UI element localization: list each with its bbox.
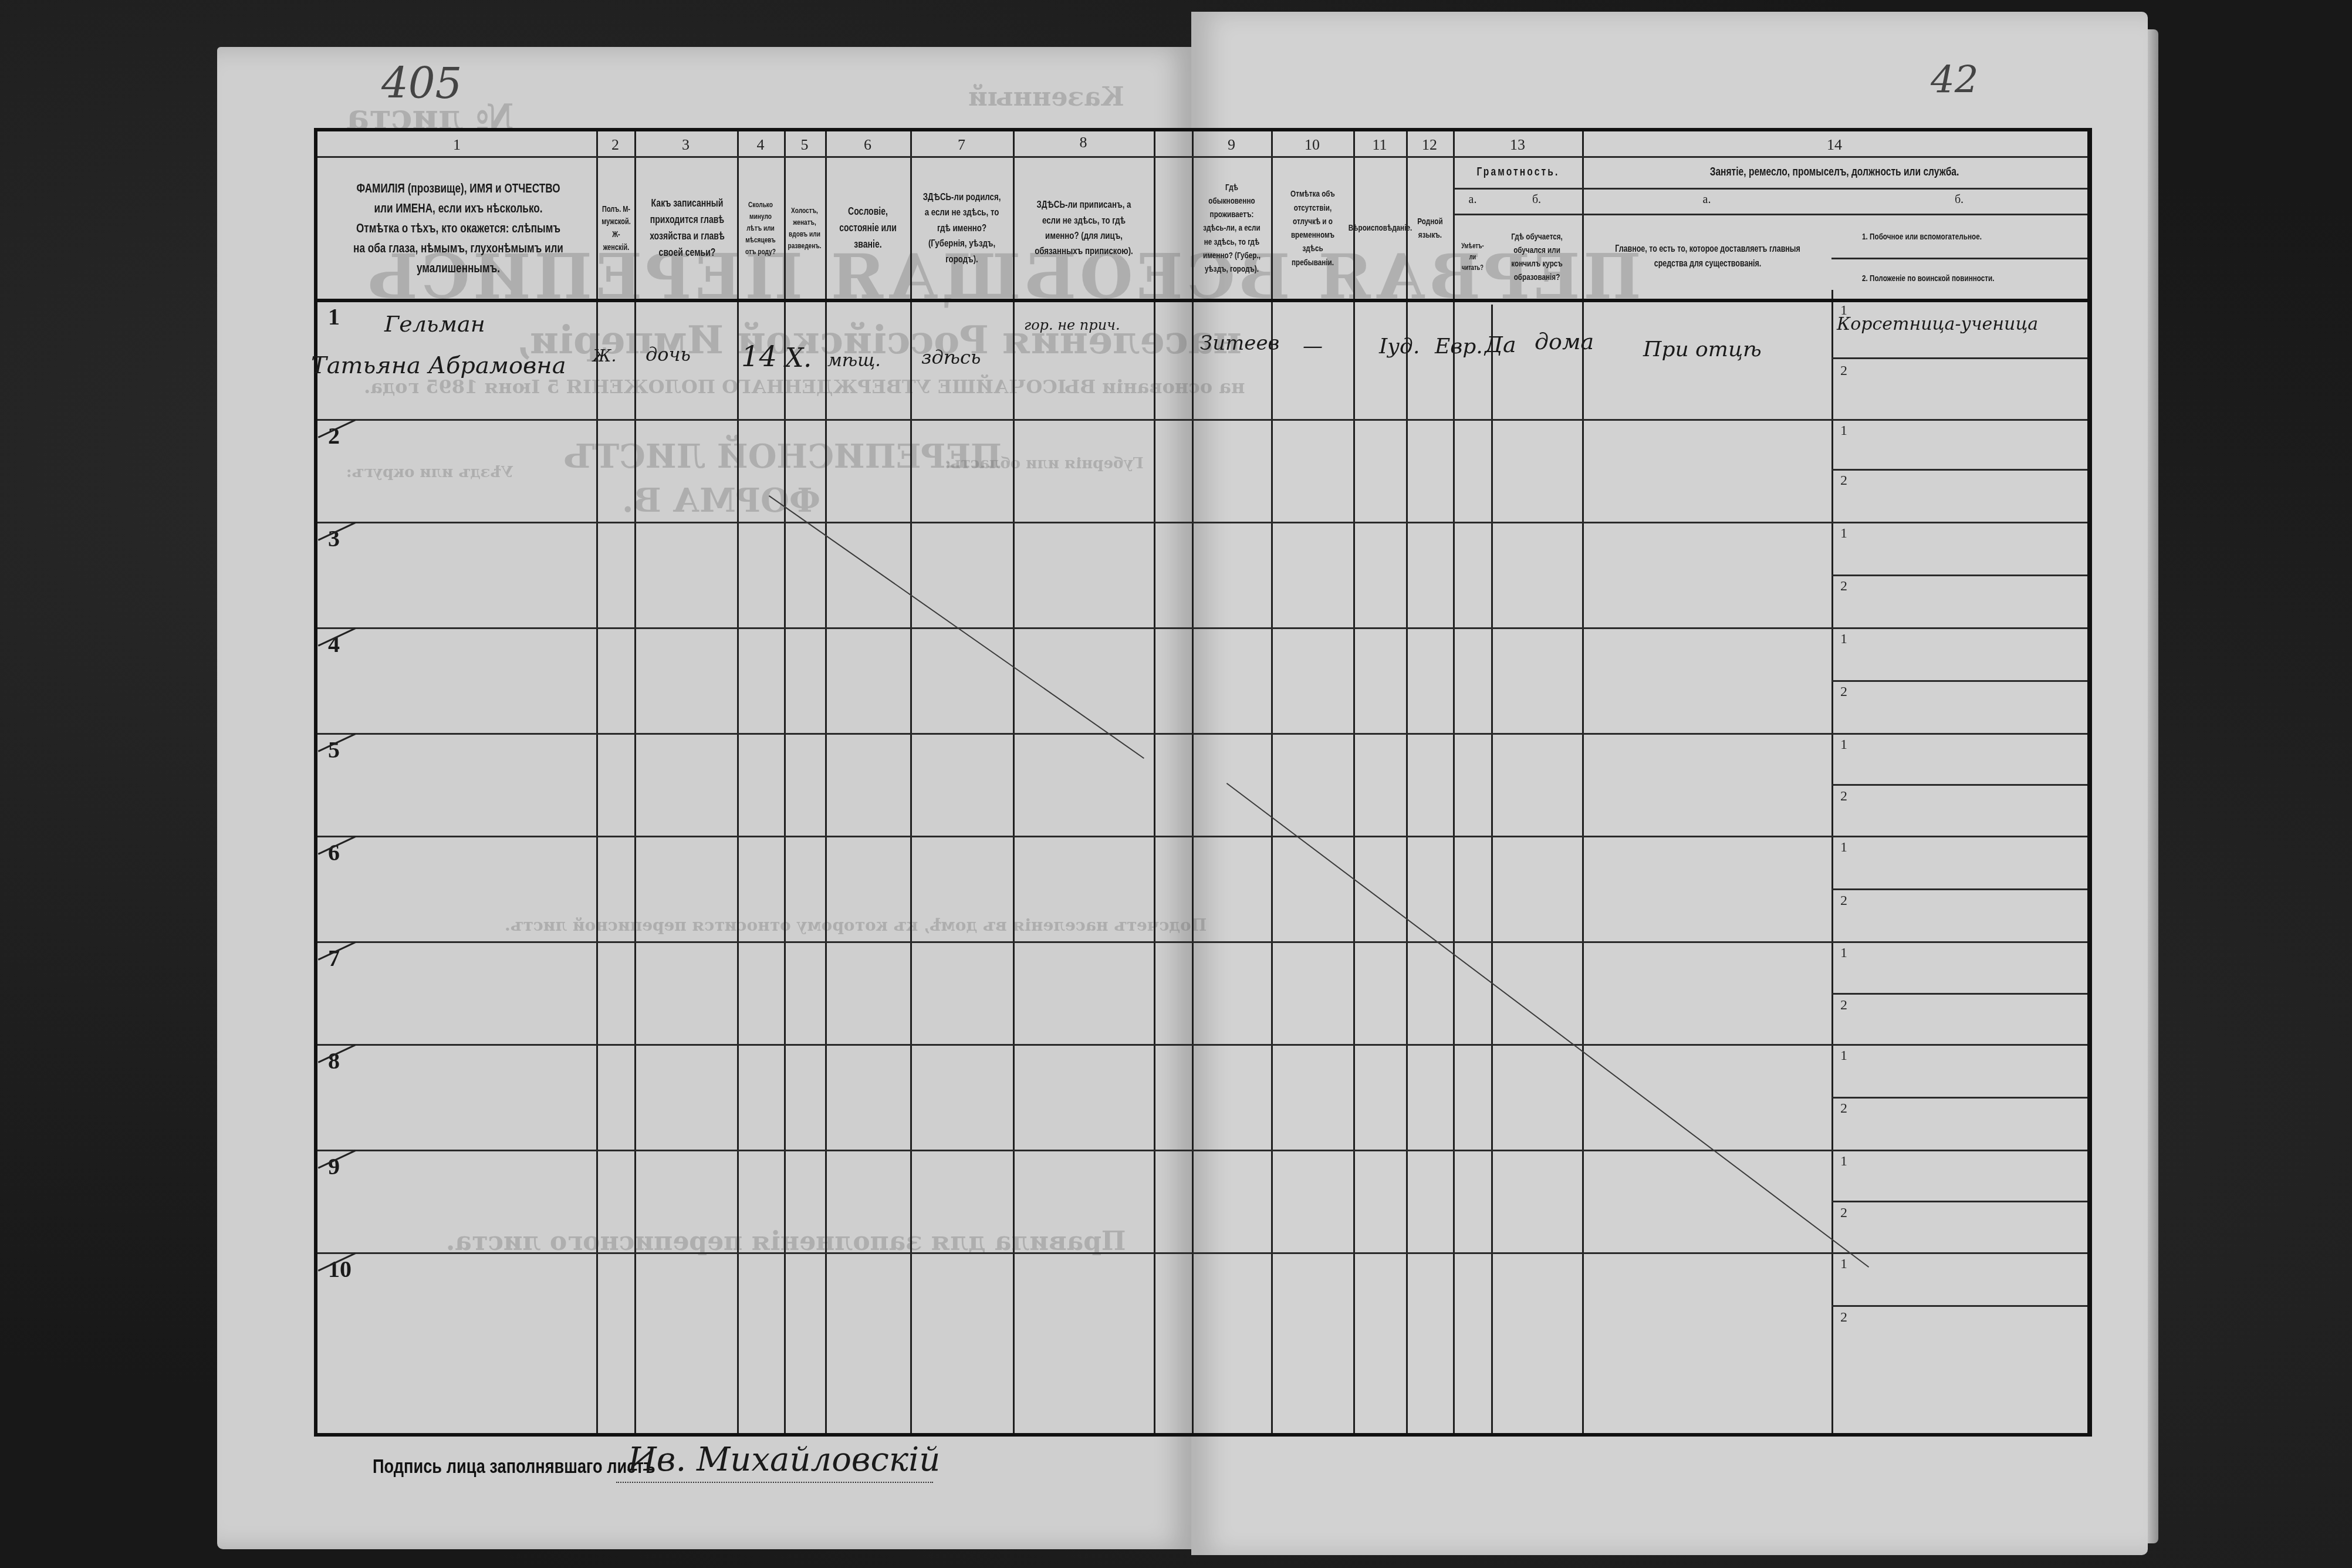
- row-divider: [1454, 188, 1582, 190]
- entry-marital: Х.: [785, 343, 812, 373]
- header-col-1: ФАМИЛІЯ (прозвище), ИМЯ и ОТЧЕСТВО или И…: [353, 161, 564, 296]
- row-divider: [317, 1150, 2087, 1151]
- col-divider: [1453, 131, 1455, 1433]
- col-divider: [634, 131, 636, 1433]
- entry-sex: Ж.: [593, 346, 616, 366]
- row-number-4: 4: [328, 630, 340, 658]
- subrow-divider: [1831, 469, 2087, 471]
- header-col-13b-letter: б.: [1491, 193, 1582, 207]
- subrow-divider: [1831, 1305, 2087, 1307]
- subrow-label: 2: [1840, 1310, 1847, 1326]
- header-col-13a: Умѣетъ-ли читать?: [1458, 217, 1487, 298]
- ghost-kazenny: Казенный: [968, 82, 1124, 112]
- subrow-label: 2: [1840, 893, 1847, 909]
- entry-education: дома: [1535, 329, 1594, 354]
- subrow-label: 2: [1840, 998, 1847, 1013]
- subrow-label: 1: [1840, 945, 1847, 961]
- col-num-13: 13: [1453, 136, 1582, 154]
- row-number-3: 3: [328, 525, 340, 552]
- col-num-9: 9: [1192, 136, 1271, 154]
- row-number-1: 1: [328, 303, 340, 330]
- header-col-14a: Главное, то есть то, которое доставляетъ…: [1612, 217, 1803, 298]
- col-num-3: 3: [634, 136, 737, 154]
- header-col-13-group: Грамотность.: [1468, 157, 1568, 187]
- subrow-label: 2: [1840, 1205, 1847, 1221]
- col-num-11: 11: [1353, 136, 1406, 154]
- row-number-5: 5: [328, 736, 340, 763]
- subrow-label: 2: [1840, 789, 1847, 805]
- subrow-label: 1: [1840, 526, 1847, 542]
- header-col-13a-letter: а.: [1454, 193, 1491, 207]
- header-col-14-group: Занятіе, ремесло, промыселъ, должность и…: [1638, 157, 2032, 187]
- col-divider: [1831, 290, 1833, 1433]
- subrow-divider: [1831, 357, 2087, 359]
- col-divider: [1353, 131, 1355, 1433]
- entry-absence: —: [1303, 334, 1323, 358]
- signature-line: [616, 1482, 933, 1484]
- col-divider: [1013, 131, 1015, 1433]
- row-divider: [317, 627, 2087, 629]
- header-col-8: ЗДѢСЬ-ли приписанъ, а если не здѣсь, то …: [1030, 161, 1138, 296]
- header-col-10: Отмѣтка объ отсутствіи, отлучкѣ и о врем…: [1282, 161, 1344, 296]
- col-divider: [1582, 131, 1584, 1433]
- header-col-4: Сколько минуло лѣтъ или мѣсяцевъ отъ род…: [743, 161, 779, 296]
- subrow-label: 1: [1840, 1256, 1847, 1272]
- header-col-14a-letter: а.: [1582, 193, 1831, 207]
- row-divider: [1582, 214, 2087, 215]
- subrow-divider: [1831, 680, 2087, 682]
- subrow-divider: [1831, 784, 2087, 786]
- entry-birthplace: здѣсь: [921, 346, 981, 369]
- col-divider: [596, 131, 598, 1433]
- row-number-2: 2: [328, 422, 340, 450]
- entry-given-name: Татьяна Абрамовна: [311, 352, 566, 379]
- row-divider: [317, 733, 2087, 735]
- subrow-label: 1: [1840, 423, 1847, 439]
- entry-surname: Гельман: [384, 311, 485, 337]
- header-col-7: ЗДѢСЬ-ли родился, а если не здѣсь, то гд…: [922, 161, 1001, 296]
- left-folio-number: 405: [381, 59, 462, 108]
- entry-literate: Да: [1485, 332, 1516, 357]
- row-number-7: 7: [328, 944, 340, 972]
- col-divider: [910, 131, 912, 1433]
- subrow-label: 2: [1840, 1101, 1847, 1117]
- col-num-10: 10: [1271, 136, 1353, 154]
- row-divider: [317, 1252, 2087, 1254]
- row-divider: [317, 522, 2087, 523]
- header-col-13b: Гдѣ обучается, обучался или кончилъ курс…: [1502, 217, 1572, 298]
- subrow-divider: [1831, 575, 2087, 576]
- col-num-7: 7: [910, 136, 1013, 154]
- header-col-14b-letter: б.: [1831, 193, 2087, 207]
- subrow-label: 1: [1840, 631, 1847, 647]
- right-folio-number: 42: [1931, 59, 1978, 102]
- header-col-2: Полъ. М-мужской. Ж-женскій.: [602, 161, 630, 296]
- entry-occupation-secondary: Корсетница-ученица: [1837, 314, 2038, 334]
- row-divider: [317, 941, 2087, 943]
- header-col-11: Вѣроисповѣданіе.: [1360, 161, 1401, 296]
- subrow-label: 1: [1840, 1048, 1847, 1064]
- subrow-label: 2: [1840, 363, 1847, 379]
- header-col-14b-1: 1. Побочное или вспомогательное.: [1862, 217, 2058, 258]
- col-divider: [1154, 131, 1155, 1433]
- header-divider: [317, 299, 2087, 302]
- subrow-divider: [1831, 1201, 2087, 1202]
- entry-residence: Зитеев: [1200, 332, 1279, 355]
- entry-registered: гор. не прич.: [1024, 317, 1120, 333]
- entry-relation: дочь: [646, 343, 691, 366]
- entry-estate: мѣщ.: [827, 350, 881, 371]
- row-number-8: 8: [328, 1047, 340, 1074]
- subrow-divider: [1831, 1097, 2087, 1099]
- col-num-2: 2: [596, 136, 634, 154]
- header-col-14b-2: 2. Положеніе по воинской повинности.: [1862, 259, 2058, 298]
- cancel-line-right: [1226, 783, 1869, 1268]
- entry-language: Евр.: [1435, 334, 1483, 359]
- row-number-10: 10: [328, 1255, 352, 1283]
- header-col-5: Холостъ, женатъ, вдовъ или разведенъ.: [789, 161, 820, 296]
- signature-label: Подпись лица заполнявшаго листъ: [373, 1455, 655, 1478]
- subrow-divider: [1831, 888, 2087, 890]
- subrow-label: 2: [1840, 579, 1847, 594]
- col-num-8: 8: [1013, 134, 1154, 151]
- subrow-label: 2: [1840, 473, 1847, 489]
- entry-religion: Іуд.: [1379, 334, 1420, 359]
- subrow-divider: [1831, 993, 2087, 995]
- subrow-label: 1: [1840, 840, 1847, 856]
- col-num-4: 4: [737, 136, 784, 154]
- row-number-6: 6: [328, 839, 340, 866]
- col-num-5: 5: [784, 136, 825, 154]
- subrow-label: 1: [1840, 737, 1847, 753]
- col-divider: [1491, 305, 1493, 1433]
- subrow-label: 1: [1840, 1154, 1847, 1170]
- row-number-9: 9: [328, 1153, 340, 1180]
- header-col-3: Какъ записанный приходится главѣ хозяйст…: [648, 161, 726, 296]
- row-divider: [317, 419, 2087, 421]
- col-num-6: 6: [825, 136, 910, 154]
- row-divider: [1582, 188, 2087, 190]
- col-divider: [1271, 131, 1273, 1433]
- header-col-9: Гдѣ обыкновенно проживаетъ: здѣсь-ли, а …: [1202, 161, 1262, 296]
- row-divider: [317, 836, 2087, 837]
- header-col-12: Родной языкъ.: [1412, 161, 1448, 296]
- signature-value: Ив. Михайловскій: [628, 1441, 940, 1479]
- col-divider: [784, 131, 786, 1433]
- col-num-14: 14: [1582, 136, 2087, 154]
- col-divider: [737, 131, 739, 1433]
- col-num-1: 1: [317, 136, 596, 154]
- entry-occupation-main: При отцѣ: [1643, 337, 1762, 361]
- col-divider: [1192, 131, 1194, 1433]
- header-col-6: Сословіе, состояніе или званіе.: [836, 161, 900, 296]
- col-divider: [825, 131, 827, 1433]
- row-divider: [317, 1044, 2087, 1046]
- page-stack-edge: [2148, 29, 2158, 1543]
- subrow-label: 2: [1840, 684, 1847, 700]
- row-divider: [1454, 214, 1582, 215]
- entry-age: 14: [741, 340, 777, 373]
- census-table: 1 2 3 4 5 6 7 8 9 10 11 12 13 14 ФАМИЛІЯ…: [314, 128, 2092, 1437]
- col-num-12: 12: [1406, 136, 1453, 154]
- col-divider: [1406, 131, 1408, 1433]
